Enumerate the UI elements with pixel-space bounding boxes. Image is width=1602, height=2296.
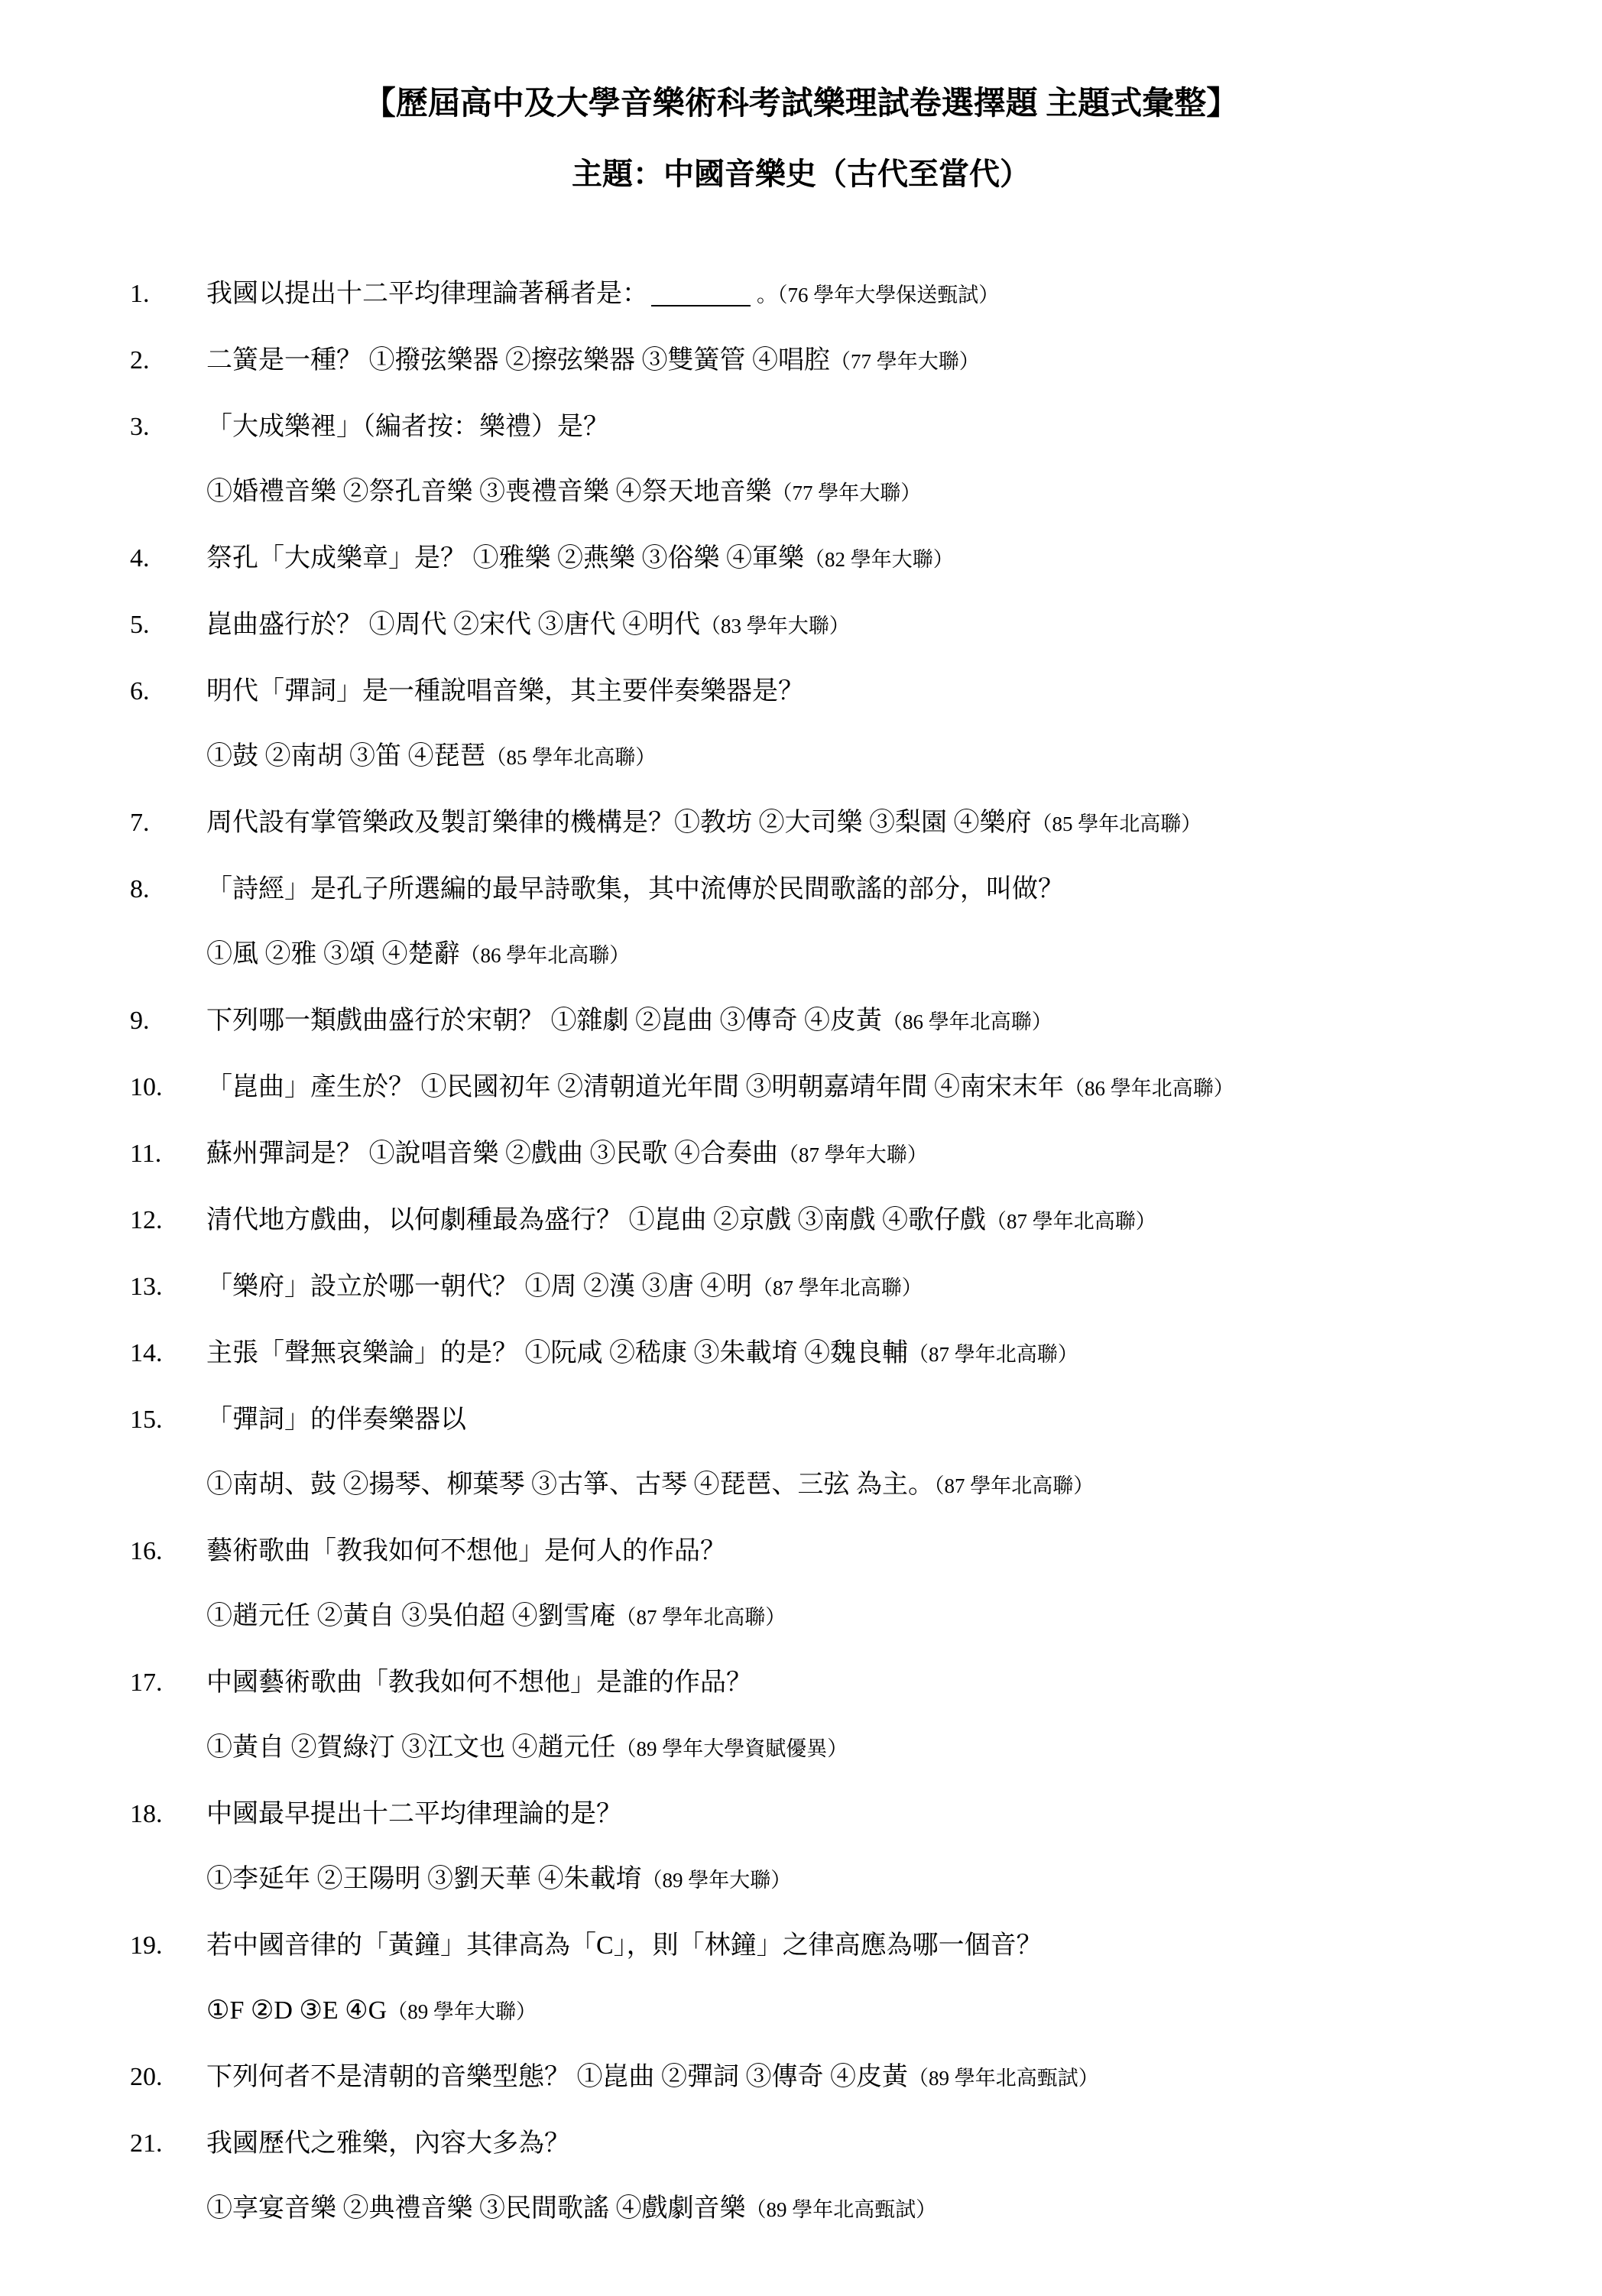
exam-source-label: （77 學年大聯） — [830, 350, 980, 373]
question-row: 13.「樂府」設立於哪一朝代？ ①周 ②漢 ③唐 ④明（87 學年北高聯） — [0, 1254, 1602, 1321]
exam-source-label: 。（76 學年大學保送甄試） — [757, 284, 999, 306]
question-row: 15.「彈詞」的伴奏樂器以①南胡、鼓 ②揚琴、柳葉琴 ③古箏、古琴 ④琵琶、三弦… — [0, 1387, 1602, 1519]
question-text: 下列哪一類戲曲盛行於宋朝？ ①雜劇 ②崑曲 ③傳奇 ④皮黃 — [206, 1007, 882, 1035]
question-line: 周代設有掌管樂政及製訂樂律的機構是？①教坊 ②大司樂 ③梨園 ④樂府（85 學年… — [206, 790, 1602, 857]
question-row: 14.主張「聲無哀樂論」的是？ ①阮咸 ②嵇康 ③朱載堉 ④魏良輔（87 學年北… — [0, 1321, 1602, 1387]
question-row: 16.藝術歌曲「教我如何不想他」是何人的作品？①趙元任 ②黃自 ③吳伯超 ④劉雪… — [0, 1519, 1602, 1650]
question-body: 「樂府」設立於哪一朝代？ ①周 ②漢 ③唐 ④明（87 學年北高聯） — [206, 1254, 1602, 1321]
exam-source-label: （86 學年北高聯） — [1064, 1077, 1234, 1100]
question-number: 16. — [130, 1519, 206, 1584]
exam-source-label: （85 學年北高聯） — [1032, 812, 1202, 835]
question-text: 「詩經」是孔子所選編的最早詩歌集，其中流傳於民間歌謠的部分，叫做？ — [206, 875, 1064, 903]
question-line: ①南胡、鼓 ②揚琴、柳葉琴 ③古箏、古琴 ④琵琶、三弦 為主。（87 學年北高聯… — [206, 1452, 1602, 1519]
question-number: 14. — [130, 1321, 206, 1386]
question-text: 我國以提出十二平均律理論著稱者是： — [206, 280, 648, 308]
question-line: 「彈詞」的伴奏樂器以 — [206, 1387, 1602, 1452]
exam-source-label: （77 學年大聯） — [772, 482, 922, 504]
question-text: 二簧是一種？ ①撥弦樂器 ②擦弦樂器 ③雙簧管 ④唱腔 — [206, 346, 830, 375]
document-page: 【歷屆高中及大學音樂術科考試樂理試卷選擇題 主題式彙整】 主題：中國音樂史（古代… — [0, 0, 1602, 2296]
question-line: ①享宴音樂 ②典禮音樂 ③民間歌謠 ④戲劇音樂（89 學年北高甄試） — [206, 2176, 1602, 2242]
answer-blank — [651, 297, 751, 306]
question-line: 祭孔「大成樂章」是？ ①雅樂 ②燕樂 ③俗樂 ④軍樂（82 學年大聯） — [206, 526, 1602, 592]
question-number: 11. — [130, 1121, 206, 1186]
question-number: 18. — [130, 1782, 206, 1847]
title-block: 【歷屆高中及大學音樂術科考試樂理試卷選擇題 主題式彙整】 主題：中國音樂史（古代… — [0, 69, 1602, 209]
question-row: 20.下列何者不是清朝的音樂型態？ ①崑曲 ②彈詞 ③傳奇 ④皮黃（89 學年北… — [0, 2045, 1602, 2111]
question-number: 13. — [130, 1254, 206, 1319]
question-body: 崑曲盛行於？ ①周代 ②宋代 ③唐代 ④明代（83 學年大聯） — [206, 592, 1602, 659]
exam-source-label: （86 學年北高聯） — [460, 944, 631, 967]
question-line: 藝術歌曲「教我如何不想他」是何人的作品？ — [206, 1519, 1602, 1584]
exam-source-label: （89 學年大聯） — [642, 1869, 792, 1892]
question-line: 二簧是一種？ ①撥弦樂器 ②擦弦樂器 ③雙簧管 ④唱腔（77 學年大聯） — [206, 328, 1602, 394]
question-text: 「彈詞」的伴奏樂器以 — [206, 1406, 466, 1434]
question-line: 我國以提出十二平均律理論著稱者是：。（76 學年大學保送甄試） — [206, 261, 1602, 328]
question-body: 「詩經」是孔子所選編的最早詩歌集，其中流傳於民間歌謠的部分，叫做？①風 ②雅 ③… — [206, 857, 1602, 988]
question-text: ①李延年 ②王陽明 ③劉天華 ④朱載堉 — [206, 1865, 642, 1893]
question-body: 藝術歌曲「教我如何不想他」是何人的作品？①趙元任 ②黃自 ③吳伯超 ④劉雪庵（8… — [206, 1519, 1602, 1650]
question-number: 19. — [130, 1913, 206, 1978]
question-text: 中國最早提出十二平均律理論的是？ — [206, 1800, 622, 1828]
question-text: ①趙元任 ②黃自 ③吳伯超 ④劉雪庵 — [206, 1602, 616, 1630]
question-line: 「崑曲」產生於？ ①民國初年 ②清朝道光年間 ③明朝嘉靖年間 ④南宋末年（86 … — [206, 1055, 1602, 1121]
question-text: 「大成樂裡」（編者按：樂禮）是？ — [206, 413, 609, 441]
question-body: 周代設有掌管樂政及製訂樂律的機構是？①教坊 ②大司樂 ③梨園 ④樂府（85 學年… — [206, 790, 1602, 857]
question-number: 20. — [130, 2045, 206, 2110]
question-line: 若中國音律的「黃鐘」其律高為「C」，則「林鐘」之律高應為哪一個音？ — [206, 1913, 1602, 1978]
exam-source-label: （87 學年大聯） — [778, 1143, 928, 1166]
question-body: 中國藝術歌曲「教我如何不想他」是誰的作品？①黃自 ②賀綠汀 ③江文也 ④趙元任（… — [206, 1650, 1602, 1782]
exam-source-label: （87 學年北高聯） — [616, 1606, 786, 1629]
question-line: 下列哪一類戲曲盛行於宋朝？ ①雜劇 ②崑曲 ③傳奇 ④皮黃（86 學年北高聯） — [206, 988, 1602, 1055]
question-row: 6.明代「彈詞」是一種說唱音樂，其主要伴奏樂器是？①鼓 ②南胡 ③笛 ④琵琶（8… — [0, 659, 1602, 790]
question-line: 明代「彈詞」是一種說唱音樂，其主要伴奏樂器是？ — [206, 659, 1602, 724]
question-row: 4.祭孔「大成樂章」是？ ①雅樂 ②燕樂 ③俗樂 ④軍樂（82 學年大聯） — [0, 526, 1602, 592]
question-list: 1.我國以提出十二平均律理論著稱者是：。（76 學年大學保送甄試）2.二簧是一種… — [0, 261, 1602, 2242]
question-line: 崑曲盛行於？ ①周代 ②宋代 ③唐代 ④明代（83 學年大聯） — [206, 592, 1602, 659]
question-number: 8. — [130, 857, 206, 922]
question-line: ①婚禮音樂 ②祭孔音樂 ③喪禮音樂 ④祭天地音樂（77 學年大聯） — [206, 459, 1602, 526]
question-row: 10.「崑曲」產生於？ ①民國初年 ②清朝道光年間 ③明朝嘉靖年間 ④南宋末年（… — [0, 1055, 1602, 1121]
question-line: ①趙元任 ②黃自 ③吳伯超 ④劉雪庵（87 學年北高聯） — [206, 1584, 1602, 1650]
question-line: 中國藝術歌曲「教我如何不想他」是誰的作品？ — [206, 1650, 1602, 1715]
question-number: 17. — [130, 1650, 206, 1715]
question-text: 下列何者不是清朝的音樂型態？ ①崑曲 ②彈詞 ③傳奇 ④皮黃 — [206, 2063, 908, 2091]
question-line: 清代地方戲曲，以何劇種最為盛行？ ①崑曲 ②京戲 ③南戲 ④歌仔戲（87 學年北… — [206, 1188, 1602, 1254]
question-line: ①李延年 ②王陽明 ③劉天華 ④朱載堉（89 學年大聯） — [206, 1847, 1602, 1913]
question-row: 2.二簧是一種？ ①撥弦樂器 ②擦弦樂器 ③雙簧管 ④唱腔（77 學年大聯） — [0, 328, 1602, 394]
question-row: 19.若中國音律的「黃鐘」其律高為「C」，則「林鐘」之律高應為哪一個音？①F ②… — [0, 1913, 1602, 2045]
question-body: 中國最早提出十二平均律理論的是？①李延年 ②王陽明 ③劉天華 ④朱載堉（89 學… — [206, 1782, 1602, 1913]
question-text: ①風 ②雅 ③頌 ④楚辭 — [206, 940, 460, 968]
question-body: 清代地方戲曲，以何劇種最為盛行？ ①崑曲 ②京戲 ③南戲 ④歌仔戲（87 學年北… — [206, 1188, 1602, 1254]
question-body: 「大成樂裡」（編者按：樂禮）是？①婚禮音樂 ②祭孔音樂 ③喪禮音樂 ④祭天地音樂… — [206, 394, 1602, 526]
question-text: ①F ②D ③E ④G — [206, 1996, 387, 2025]
question-number: 3. — [130, 394, 206, 459]
question-row: 9.下列哪一類戲曲盛行於宋朝？ ①雜劇 ②崑曲 ③傳奇 ④皮黃（86 學年北高聯… — [0, 988, 1602, 1055]
question-row: 17.中國藝術歌曲「教我如何不想他」是誰的作品？①黃自 ②賀綠汀 ③江文也 ④趙… — [0, 1650, 1602, 1782]
question-text: ①南胡、鼓 ②揚琴、柳葉琴 ③古箏、古琴 ④琵琶、三弦 為主。 — [206, 1471, 934, 1499]
question-line: 「樂府」設立於哪一朝代？ ①周 ②漢 ③唐 ④明（87 學年北高聯） — [206, 1254, 1602, 1321]
exam-source-label: （86 學年北高聯） — [882, 1010, 1052, 1033]
question-body: 主張「聲無哀樂論」的是？ ①阮咸 ②嵇康 ③朱載堉 ④魏良輔（87 學年北高聯） — [206, 1321, 1602, 1387]
question-row: 5.崑曲盛行於？ ①周代 ②宋代 ③唐代 ④明代（83 學年大聯） — [0, 592, 1602, 659]
question-number: 2. — [130, 328, 206, 393]
question-row: 12.清代地方戲曲，以何劇種最為盛行？ ①崑曲 ②京戲 ③南戲 ④歌仔戲（87 … — [0, 1188, 1602, 1254]
question-line: 中國最早提出十二平均律理論的是？ — [206, 1782, 1602, 1847]
question-text: 祭孔「大成樂章」是？ ①雅樂 ②燕樂 ③俗樂 ④軍樂 — [206, 544, 804, 572]
question-body: 明代「彈詞」是一種說唱音樂，其主要伴奏樂器是？①鼓 ②南胡 ③笛 ④琵琶（85 … — [206, 659, 1602, 790]
exam-source-label: （87 學年北高聯） — [752, 1276, 923, 1299]
question-line: ①黃自 ②賀綠汀 ③江文也 ④趙元任（89 學年大學資賦優異） — [206, 1715, 1602, 1782]
exam-source-label: （89 學年北高甄試） — [908, 2067, 1099, 2090]
question-text: ①黃自 ②賀綠汀 ③江文也 ④趙元任 — [206, 1733, 616, 1762]
question-row: 18.中國最早提出十二平均律理論的是？①李延年 ②王陽明 ③劉天華 ④朱載堉（8… — [0, 1782, 1602, 1913]
exam-source-label: （87 學年北高聯） — [934, 1474, 1094, 1497]
exam-source-label: （89 學年大學資賦優異） — [616, 1737, 848, 1760]
question-text: 崑曲盛行於？ ①周代 ②宋代 ③唐代 ④明代 — [206, 611, 700, 639]
question-number: 21. — [130, 2111, 206, 2176]
question-number: 5. — [130, 592, 206, 657]
question-number: 1. — [130, 261, 206, 326]
exam-source-label: （85 學年北高聯） — [486, 746, 657, 769]
exam-source-label: （87 學年北高聯） — [908, 1343, 1078, 1366]
question-number: 12. — [130, 1188, 206, 1253]
question-line: 下列何者不是清朝的音樂型態？ ①崑曲 ②彈詞 ③傳奇 ④皮黃（89 學年北高甄試… — [206, 2045, 1602, 2111]
question-number: 10. — [130, 1055, 206, 1120]
question-row: 7.周代設有掌管樂政及製訂樂律的機構是？①教坊 ②大司樂 ③梨園 ④樂府（85 … — [0, 790, 1602, 857]
question-text: 藝術歌曲「教我如何不想他」是何人的作品？ — [206, 1537, 726, 1565]
question-text: 「樂府」設立於哪一朝代？ ①周 ②漢 ③唐 ④明 — [206, 1273, 752, 1301]
doc-title-subject: 主題：中國音樂史（古代至當代） — [0, 139, 1602, 209]
question-number: 7. — [130, 790, 206, 855]
question-text: 若中國音律的「黃鐘」其律高為「C」，則「林鐘」之律高應為哪一個音？ — [206, 1931, 1043, 1960]
question-line: 「詩經」是孔子所選編的最早詩歌集，其中流傳於民間歌謠的部分，叫做？ — [206, 857, 1602, 922]
question-body: 二簧是一種？ ①撥弦樂器 ②擦弦樂器 ③雙簧管 ④唱腔（77 學年大聯） — [206, 328, 1602, 394]
question-number: 9. — [130, 988, 206, 1053]
exam-source-label: （89 學年北高甄試） — [746, 2198, 937, 2221]
question-line: ①鼓 ②南胡 ③笛 ④琵琶（85 學年北高聯） — [206, 724, 1602, 790]
question-body: 「彈詞」的伴奏樂器以①南胡、鼓 ②揚琴、柳葉琴 ③古箏、古琴 ④琵琶、三弦 為主… — [206, 1387, 1602, 1519]
question-line: ①F ②D ③E ④G（89 學年大聯） — [206, 1978, 1602, 2045]
question-body: 祭孔「大成樂章」是？ ①雅樂 ②燕樂 ③俗樂 ④軍樂（82 學年大聯） — [206, 526, 1602, 592]
question-text: 中國藝術歌曲「教我如何不想他」是誰的作品？ — [206, 1668, 752, 1697]
question-line: 蘇州彈詞是？ ①說唱音樂 ②戲曲 ③民歌 ④合奏曲（87 學年大聯） — [206, 1121, 1602, 1188]
question-number: 15. — [130, 1387, 206, 1452]
question-text: ①享宴音樂 ②典禮音樂 ③民間歌謠 ④戲劇音樂 — [206, 2194, 746, 2223]
question-body: 若中國音律的「黃鐘」其律高為「C」，則「林鐘」之律高應為哪一個音？①F ②D ③… — [206, 1913, 1602, 2045]
question-text: 清代地方戲曲，以何劇種最為盛行？ ①崑曲 ②京戲 ③南戲 ④歌仔戲 — [206, 1206, 986, 1234]
question-text: ①婚禮音樂 ②祭孔音樂 ③喪禮音樂 ④祭天地音樂 — [206, 478, 772, 506]
question-text: 周代設有掌管樂政及製訂樂律的機構是？①教坊 ②大司樂 ③梨園 ④樂府 — [206, 809, 1032, 837]
question-body: 「崑曲」產生於？ ①民國初年 ②清朝道光年間 ③明朝嘉靖年間 ④南宋末年（86 … — [206, 1055, 1602, 1121]
question-number: 4. — [130, 526, 206, 591]
question-line: 「大成樂裡」（編者按：樂禮）是？ — [206, 394, 1602, 459]
question-text: 我國歷代之雅樂，內容大多為？ — [206, 2129, 570, 2158]
question-line: ①風 ②雅 ③頌 ④楚辭（86 學年北高聯） — [206, 922, 1602, 988]
question-row: 1.我國以提出十二平均律理論著稱者是：。（76 學年大學保送甄試） — [0, 261, 1602, 328]
question-body: 我國以提出十二平均律理論著稱者是：。（76 學年大學保送甄試） — [206, 261, 1602, 328]
question-line: 我國歷代之雅樂，內容大多為？ — [206, 2111, 1602, 2176]
exam-source-label: （83 學年大聯） — [700, 615, 850, 637]
exam-source-label: （82 學年大聯） — [804, 548, 954, 571]
exam-source-label: （89 學年大聯） — [387, 2000, 537, 2023]
doc-title-main: 【歷屆高中及大學音樂術科考試樂理試卷選擇題 主題式彙整】 — [0, 69, 1602, 139]
question-row: 8.「詩經」是孔子所選編的最早詩歌集，其中流傳於民間歌謠的部分，叫做？①風 ②雅… — [0, 857, 1602, 988]
question-body: 我國歷代之雅樂，內容大多為？①享宴音樂 ②典禮音樂 ③民間歌謠 ④戲劇音樂（89… — [206, 2111, 1602, 2242]
question-text: 明代「彈詞」是一種說唱音樂，其主要伴奏樂器是？ — [206, 677, 804, 705]
question-text: 蘇州彈詞是？ ①說唱音樂 ②戲曲 ③民歌 ④合奏曲 — [206, 1140, 778, 1168]
question-text: 「崑曲」產生於？ ①民國初年 ②清朝道光年間 ③明朝嘉靖年間 ④南宋末年 — [206, 1073, 1064, 1101]
question-row: 3.「大成樂裡」（編者按：樂禮）是？①婚禮音樂 ②祭孔音樂 ③喪禮音樂 ④祭天地… — [0, 394, 1602, 526]
question-text: 主張「聲無哀樂論」的是？ ①阮咸 ②嵇康 ③朱載堉 ④魏良輔 — [206, 1339, 908, 1367]
question-line: 主張「聲無哀樂論」的是？ ①阮咸 ②嵇康 ③朱載堉 ④魏良輔（87 學年北高聯） — [206, 1321, 1602, 1387]
question-body: 下列哪一類戲曲盛行於宋朝？ ①雜劇 ②崑曲 ③傳奇 ④皮黃（86 學年北高聯） — [206, 988, 1602, 1055]
question-row: 11.蘇州彈詞是？ ①說唱音樂 ②戲曲 ③民歌 ④合奏曲（87 學年大聯） — [0, 1121, 1602, 1188]
exam-source-label: （87 學年北高聯） — [986, 1210, 1156, 1233]
question-body: 下列何者不是清朝的音樂型態？ ①崑曲 ②彈詞 ③傳奇 ④皮黃（89 學年北高甄試… — [206, 2045, 1602, 2111]
question-number: 6. — [130, 659, 206, 724]
question-text: ①鼓 ②南胡 ③笛 ④琵琶 — [206, 742, 486, 770]
question-body: 蘇州彈詞是？ ①說唱音樂 ②戲曲 ③民歌 ④合奏曲（87 學年大聯） — [206, 1121, 1602, 1188]
question-row: 21.我國歷代之雅樂，內容大多為？①享宴音樂 ②典禮音樂 ③民間歌謠 ④戲劇音樂… — [0, 2111, 1602, 2242]
